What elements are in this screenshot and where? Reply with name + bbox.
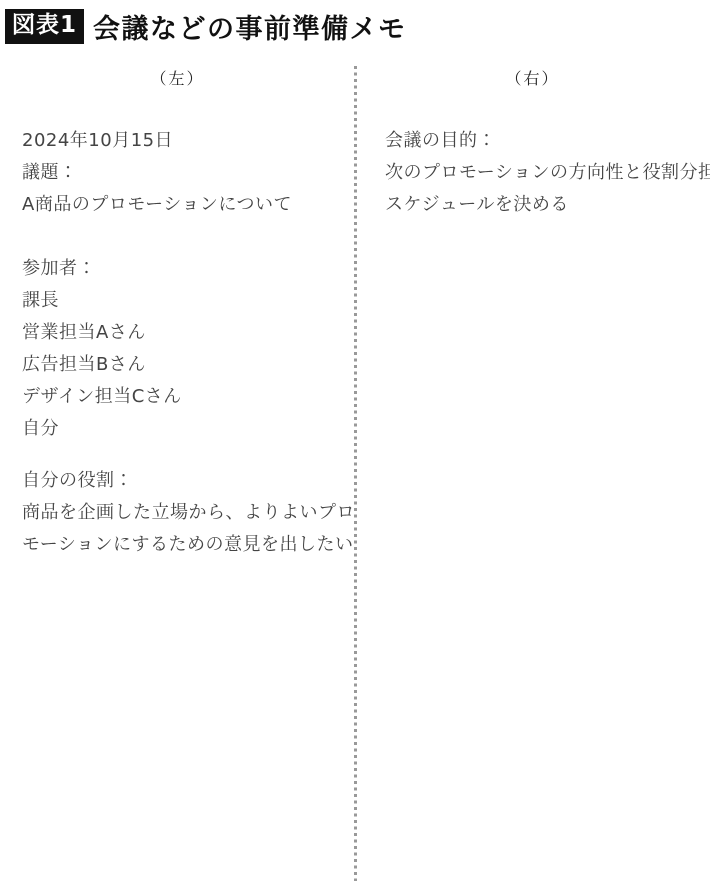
figure-title: 会議などの事前準備メモ xyxy=(93,7,407,46)
figure-number-badge: 図表1 xyxy=(5,9,84,44)
memo-line-purpose-label: 会議の目的： xyxy=(385,125,707,157)
memo-line-purpose-text: 次のプロモーションの方向性と役割分担、 xyxy=(385,157,707,189)
dotted-divider xyxy=(354,66,357,881)
right-column-heading: （右） xyxy=(355,66,710,89)
memo-line-role-text: モーションにするための意見を出したい xyxy=(22,529,352,561)
memo-line-purpose-text: スケジュールを決める xyxy=(385,189,707,221)
memo-line-role-text: 商品を企画した立場から、よりよいプロ xyxy=(22,497,352,529)
memo-line-role-label: 自分の役割： xyxy=(22,465,352,497)
memo-line-participant: 営業担当Aさん xyxy=(22,317,352,349)
memo-line-agenda-label: 議題： xyxy=(22,157,352,189)
figure-header: 図表1 会議などの事前準備メモ xyxy=(5,7,407,46)
right-memo-column: 会議の目的： 次のプロモーションの方向性と役割分担、 スケジュールを決める xyxy=(385,125,707,221)
left-memo-column: 2024年10月15日 議題： A商品のプロモーションについて 参加者： 課長 … xyxy=(22,125,352,561)
memo-line-participant: 課長 xyxy=(22,285,352,317)
memo-figure-page: 図表1 会議などの事前準備メモ （左） （右） 2024年10月15日 議題： … xyxy=(0,0,710,890)
memo-line-participant: 自分 xyxy=(22,413,352,445)
blank-line xyxy=(22,221,352,253)
memo-line-participants-label: 参加者： xyxy=(22,253,352,285)
memo-line-participant: デザイン担当Cさん xyxy=(22,381,352,413)
memo-line-agenda: A商品のプロモーションについて xyxy=(22,189,352,221)
memo-line-participant: 広告担当Bさん xyxy=(22,349,352,381)
left-column-heading: （左） xyxy=(0,66,355,89)
memo-line-date: 2024年10月15日 xyxy=(22,125,352,157)
blank-line xyxy=(22,445,352,465)
